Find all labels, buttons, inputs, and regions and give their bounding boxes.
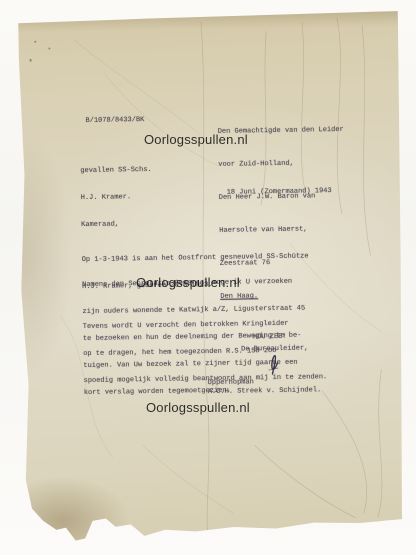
watermark-text: Oorlogsspullen.nl [146,400,250,415]
recipient-line: voor Zuid-Holland, [218,158,344,171]
closing-name: A.C.H. Streek v. Schijndel. [208,386,322,397]
paper-stain-speck [48,47,50,49]
date-line: 18 Juni (Zomermaand) 1943 [227,187,332,198]
reference-number: B/1078/8433/BK [85,116,144,126]
watermark-text: Oorlogsspullen.nl [136,275,240,290]
paper-stain-speck [30,59,32,62]
closing-slogan: HOU ZEE! [253,333,287,343]
watermark-text: Oorlogsspullen.nl [144,132,248,147]
subject-block: gevallen SS-Schs. H.J. Kramer. [80,148,153,221]
subject-line: gevallen SS-Schs. [80,166,152,176]
signature-paraph-mark [264,354,282,376]
salutation: Kameraad, [81,220,119,230]
paper-stain-speck [34,41,36,43]
photo-of-letter: B/1078/8433/BK Den Gemachtigde van den L… [0,0,416,555]
subject-line: H.J. Kramer. [81,193,153,203]
body-line: Tevens wordt U verzocht den betrokken Kr… [83,319,327,332]
body-line: spoedig mogelijk volledig beantwoord aan… [84,373,328,386]
